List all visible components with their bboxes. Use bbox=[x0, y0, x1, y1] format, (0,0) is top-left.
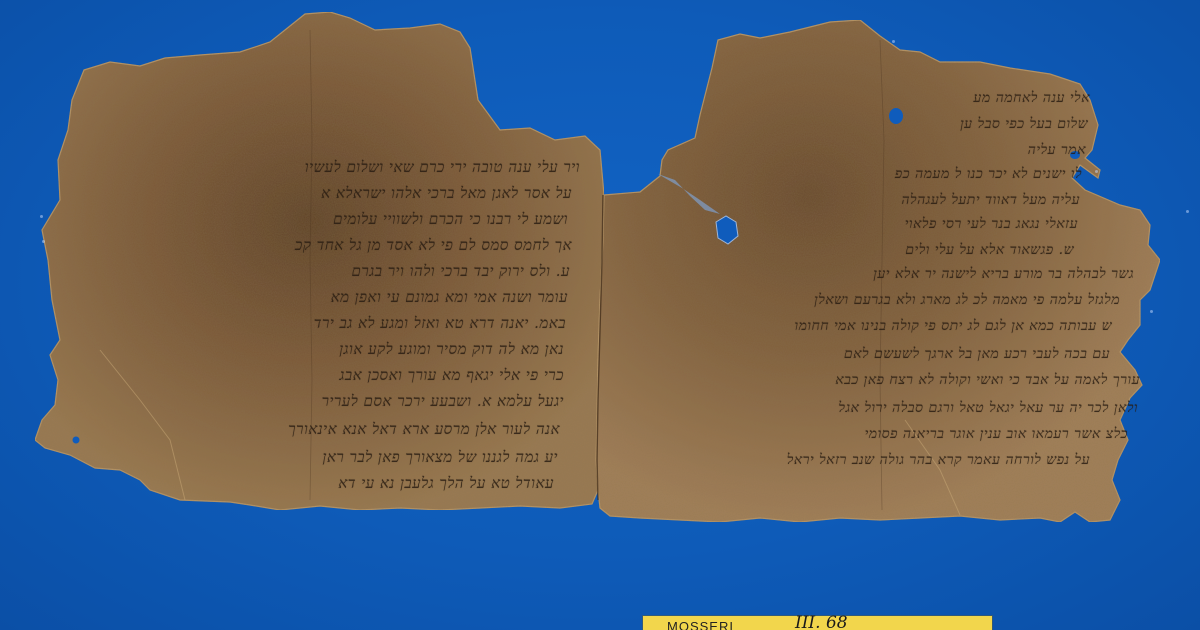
script-line: על אסר לאגן מאל ברכי אלהו ישראלא א bbox=[321, 184, 572, 203]
collection-name: MOSSERI bbox=[667, 619, 734, 630]
script-line: אך לחמס סמס לם פי לא אסד מן גל אחד קכ bbox=[295, 236, 572, 255]
script-line: כלצ אשר רעמאו אוב ענין אוגר בריאנה פסומי bbox=[865, 426, 1128, 443]
script-line: ושמע לי רבנו כי הכרם ולשוויי עלומים bbox=[333, 210, 568, 229]
script-line: אמר עליה bbox=[1028, 142, 1086, 159]
dust-speck bbox=[40, 215, 43, 218]
script-line: לו ישנים לא יכר כנו ל מעמה כפ bbox=[895, 166, 1082, 183]
script-line: ש עבותה כמא אן לגם לג יתס פי קולה בנינו … bbox=[795, 318, 1112, 335]
script-line: שלום בעל כפי סבל ען bbox=[960, 116, 1088, 133]
script-line: עאודל טא על הלך גלעבן נא עי דא bbox=[338, 474, 554, 493]
script-line: ולאן לכר יה ער עאל יגאל טאל ורגם סבלה יר… bbox=[838, 400, 1138, 417]
script-line: אלי ענה לאחמה מע bbox=[973, 90, 1090, 107]
script-line: עם בכה לעבי רכע מאן בל ארגך לשעשם לאם bbox=[844, 346, 1110, 363]
dust-speck bbox=[892, 40, 895, 43]
script-line: אנה לעור אלן מרסע ארא דאל אנא אינאורך bbox=[288, 420, 560, 439]
script-line: עומר ושנה אמי ומא גמונם עי ואפן מא bbox=[331, 288, 568, 307]
hole-left-edge bbox=[73, 437, 80, 444]
dust-speck bbox=[1150, 310, 1153, 313]
photo-stage: ויר עלי ענה טובה ירי כרם שאי ושלום לעשיו… bbox=[0, 0, 1200, 630]
script-line: כרי פי אלי יגאף מא עורך ואסכן אבג bbox=[339, 366, 564, 385]
script-line: גשר לבהלה בר מורע בריא לישנה יר אלא יען bbox=[873, 266, 1134, 283]
hole-right-top bbox=[889, 108, 903, 124]
script-line: מלגזל עלמה פי מאמה לכ לג מארג ולא בגרעם … bbox=[814, 292, 1120, 309]
script-line: על נפש לורחה עאמר קרא בהר גולה שנב רזאל … bbox=[787, 452, 1090, 469]
dust-speck bbox=[42, 240, 45, 243]
script-line: עליה מעל דאווד יתעל לעגהלה bbox=[901, 192, 1080, 209]
script-line: ע. ולס ירוק יבד ברכי ולהו ויר בגרם bbox=[352, 262, 570, 281]
dust-speck bbox=[1186, 210, 1189, 213]
script-line: יע גמה לגננו של מצאורך פאן לבר ראן bbox=[323, 448, 558, 467]
script-line: ש. פגשאוד אלא על עלי ולים bbox=[905, 242, 1074, 259]
catalog-label: MOSSERI III. 68 bbox=[643, 616, 992, 630]
script-line: עורך לאמה על אבד כי ואשי וקולה לא רצח פא… bbox=[835, 372, 1140, 389]
script-line: נאן מא לה דוק מסיר ומוגע לקע אוגן bbox=[339, 340, 564, 359]
dust-speck bbox=[1095, 170, 1098, 173]
script-line: ויר עלי ענה טובה ירי כרם שאי ושלום לעשיו bbox=[305, 158, 580, 177]
script-line: יגעל עלמא א. ושבעע ירכר אסם לעריר bbox=[322, 392, 564, 411]
shelfmark: III. 68 bbox=[795, 613, 848, 630]
script-line: עזאלי נגאג בנר לעי רסי פלאוי bbox=[905, 216, 1078, 233]
script-line: באמ. יאנה דרא טא ואזל ומגע לא גב ירד bbox=[314, 314, 566, 333]
